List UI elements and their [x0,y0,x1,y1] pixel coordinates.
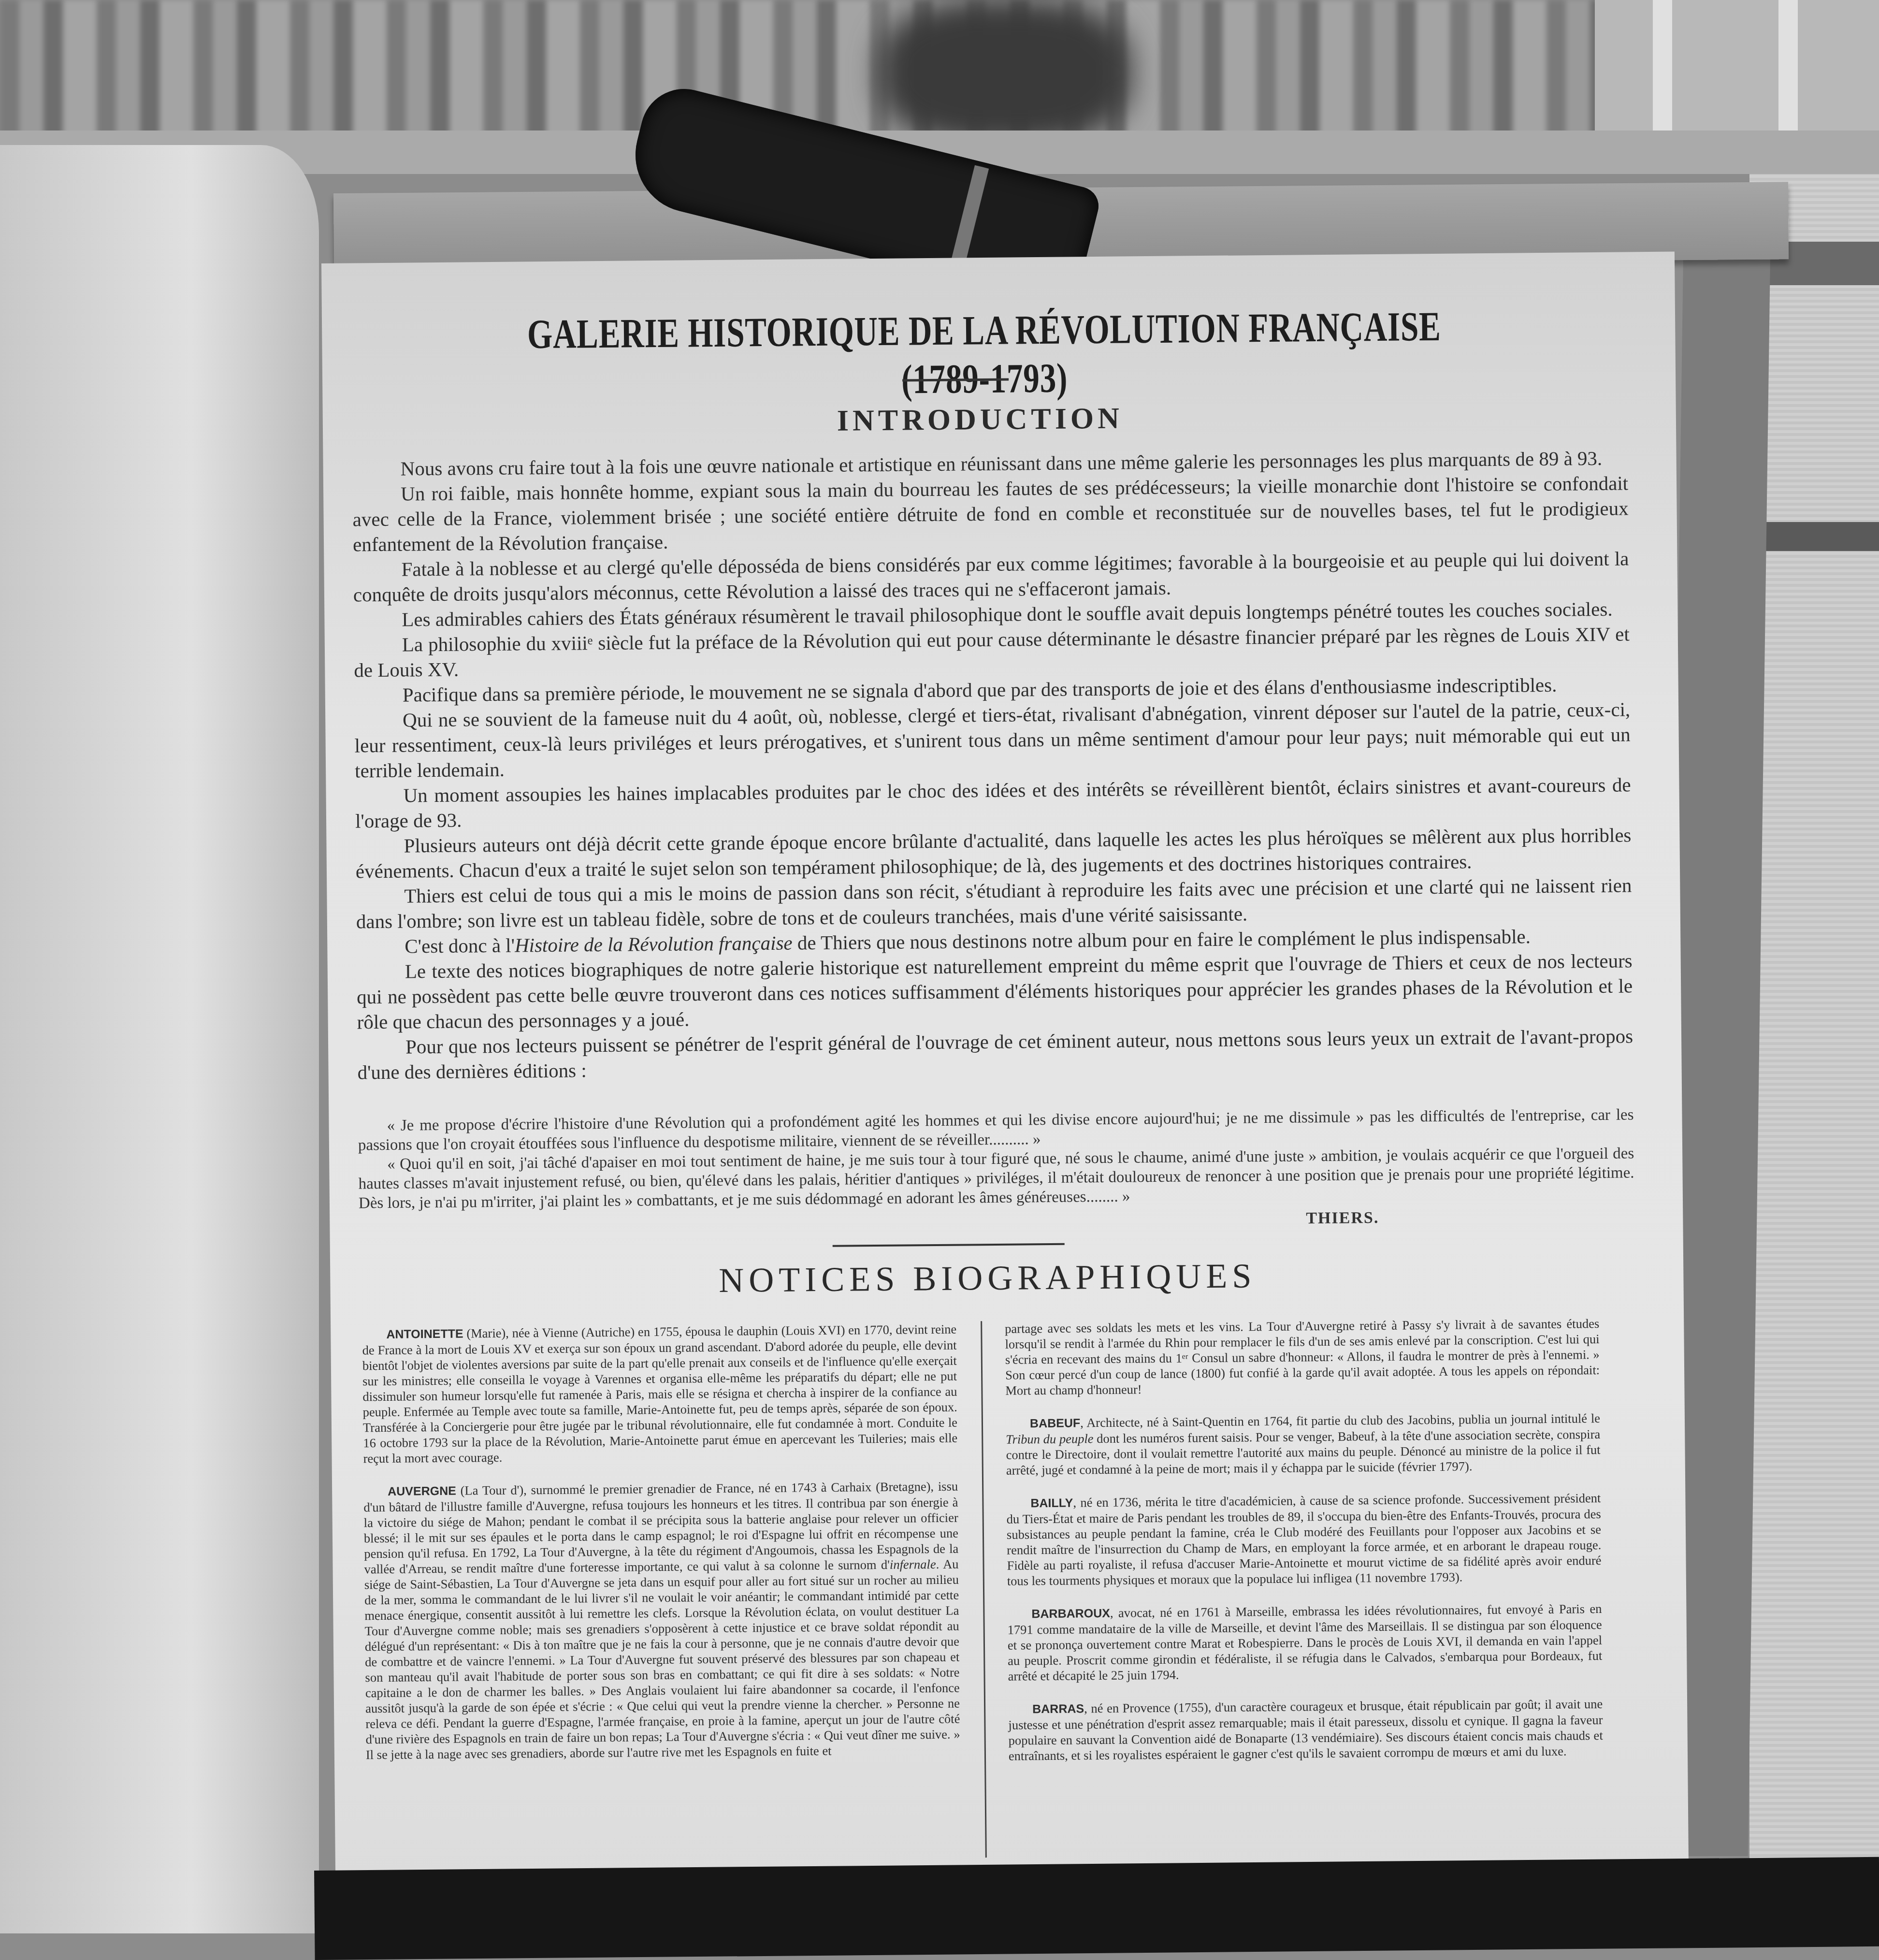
bio-name: BAILLY [1030,1496,1073,1510]
text-run: C'est donc à l' [405,934,515,958]
bio-italic: Tribun du peuple [1006,1431,1094,1447]
bio-text: . Au siége de Saint-Sébastien, La Tour d… [364,1557,960,1762]
bio-entry: BARBAROUX, avocat, né en 1761 à Marseill… [1007,1601,1602,1684]
intro-paragraph: Pour que nos lecteurs puissent se pénétr… [357,1023,1633,1085]
section-divider [833,1243,1065,1247]
bio-entry: BABEUF, Architecte, né à Saint-Quentin e… [1006,1410,1601,1478]
intro-paragraph: Qui ne se souvient de la fameuse nuit du… [354,697,1631,783]
notices-heading: NOTICES BIOGRAPHIQUES [330,1252,1645,1304]
bio-text: (Marie), née à Vienne (Autriche) en 1755… [362,1322,957,1466]
notices-left-column: ANTOINETTE (Marie), née à Vienne (Autric… [362,1321,960,1780]
bio-entry: AUVERGNE (La Tour d'), surnommé le premi… [363,1479,960,1763]
introduction-body: Nous avons cru faire tout à la fois une … [352,445,1633,1085]
bio-text: , né en Provence (1755), d'un caractère … [1008,1697,1603,1763]
bio-name: AUVERGNE [388,1484,456,1498]
bio-entry: BAILLY, né en 1736, mérita le titre d'ac… [1006,1490,1602,1589]
bio-name: ANTOINETTE [386,1327,463,1341]
bio-italic: infernale [890,1557,936,1572]
clip-band [950,165,989,267]
document-page: GALERIE HISTORIQUE DE LA RÉVOLUTION FRAN… [321,252,1689,1878]
bio-name: BARRAS [1032,1702,1084,1716]
document-title: GALERIE HISTORIQUE DE LA RÉVOLUTION FRAN… [490,302,1478,407]
intro-paragraph: Un roi faible, mais honnête homme, expia… [352,470,1629,557]
quote-paragraph: « Quoi qu'il en soit, j'ai tâché d'apais… [358,1144,1634,1213]
wall-ledge [1749,522,1879,551]
bio-text: dont les numéros furent saisis. Pour se … [1006,1427,1600,1478]
notices-right-column: partage avec ses soldats les mets et les… [1005,1316,1603,1781]
album-left-page [0,145,319,1933]
background-shadow [880,0,1131,145]
stand-base [314,1857,1879,1960]
bio-name: BABEUF [1030,1416,1080,1430]
thiers-quote: « Je me propose d'écrire l'histoire d'un… [358,1105,1634,1213]
background-wall [1749,174,1879,1895]
bio-text: partage avec ses soldats les mets et les… [1005,1316,1600,1398]
bio-entry: ANTOINETTE (Marie), née à Vienne (Autric… [362,1321,957,1466]
book-title: Histoire de la Révolution française [515,932,793,957]
quote-signature: THIERS. [1306,1209,1379,1228]
bio-name: BARBAROUX [1031,1607,1110,1621]
bio-text: , né en 1736, mérita le titre d'académic… [1007,1491,1602,1588]
bio-continuation: partage avec ses soldats les mets et les… [1005,1316,1600,1398]
column-divider [981,1321,987,1858]
intro-paragraph: Le texte des notices biographiques de no… [357,948,1633,1034]
bio-entry: BARRAS, né en Provence (1755), d'un cara… [1008,1696,1603,1764]
